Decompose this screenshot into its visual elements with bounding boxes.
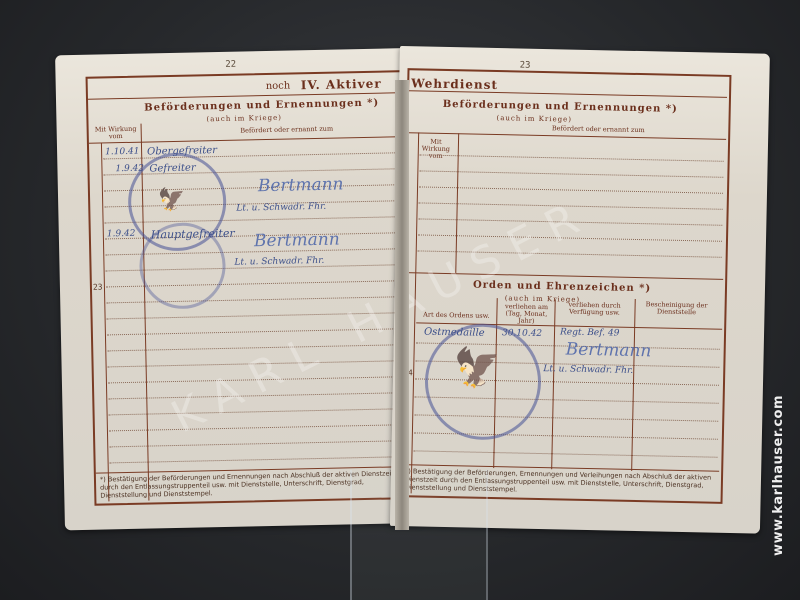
officer-title: Lt. u. Schwadr. Fhr. <box>234 256 324 268</box>
watermark-url: www.karlhauser.com <box>771 395 786 556</box>
section-header-left: IV. Aktiver <box>301 77 382 93</box>
award-date: 30.10.42 <box>502 328 542 339</box>
book-spine-gutter <box>395 80 409 530</box>
award-name: Ostmedaille <box>424 327 485 339</box>
column-header-award-date: verliehen am (Tag, Monat, Jahr) <box>498 303 554 325</box>
column-header-awarded-by: verliehen durch Verfügung usw. <box>556 301 632 317</box>
awarded-by: Regt. Bef. 49 <box>560 327 620 338</box>
eagle-emblem-icon: 🦅 <box>158 188 186 214</box>
left-page: 22 noch IV. Aktiver Beförderungen und Er… <box>55 48 420 530</box>
promotions-subtitle-left: (auch im Kriege) <box>206 114 282 124</box>
officer-signature: Bertmann <box>565 340 651 362</box>
page-number-right: 23 <box>520 61 531 71</box>
entry-date: 1.9.42 <box>107 229 136 240</box>
eagle-emblem-icon: 🦅 <box>453 345 501 391</box>
entry-rank: Hauptgefreiter <box>151 227 235 242</box>
officer-title: Lt. u. Schwadr. Fhr. <box>236 202 326 214</box>
entry-rank: Gefreiter <box>149 163 195 175</box>
entry-date: 1.9.42 <box>115 164 144 175</box>
page-number-left: 22 <box>225 60 236 70</box>
acrylic-display-stand <box>350 470 488 600</box>
column-header-certification: Bescheinigung der Dienststelle <box>636 301 716 317</box>
column-header-date: Mit Wirkung vom <box>416 138 456 160</box>
entry-date: 1.10.41 <box>105 147 140 158</box>
officer-signature: Bertmann <box>254 230 340 252</box>
entry-rank: Obergefreiter <box>147 145 217 157</box>
officer-signature: Bertmann <box>258 174 344 196</box>
row-number-left: 23 <box>93 282 103 291</box>
section-header-prefix: noch <box>266 81 291 93</box>
officer-title: Lt. u. Schwadr. Fhr. <box>543 364 633 376</box>
column-header-date: Mit Wirkung vom <box>95 126 137 141</box>
promotions-subtitle-right: (auch im Kriege) <box>496 114 572 124</box>
